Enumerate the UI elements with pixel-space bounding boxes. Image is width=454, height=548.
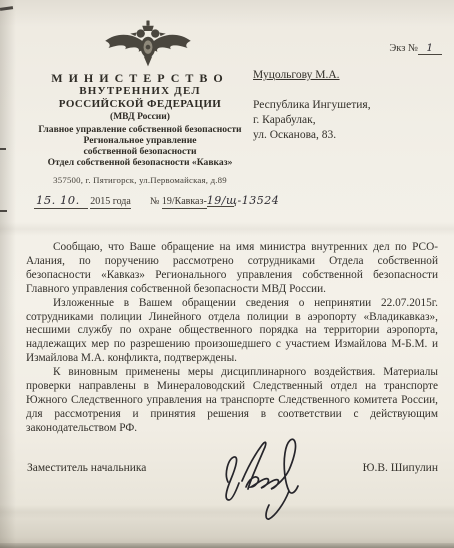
body-paragraph: Сообщаю, что Ваше обращение на имя минис… bbox=[26, 241, 438, 297]
ministry-line: ВНУТРЕННИХ ДЕЛ bbox=[18, 85, 262, 98]
copy-number-blank: 1 bbox=[418, 42, 442, 55]
signer-position: Заместитель начальника bbox=[27, 462, 146, 474]
signature-scrawl-icon bbox=[212, 428, 328, 526]
body-paragraph: К виновным применены меры дисциплинарног… bbox=[26, 366, 438, 436]
scan-artifact-mark bbox=[0, 148, 6, 150]
paper-crease bbox=[0, 222, 454, 236]
letterhead: МИНИСТЕРСТВО ВНУТРЕННИХ ДЕЛ РОССИЙСКОЙ Ф… bbox=[18, 72, 262, 185]
number-typed: 19/Кавказ- bbox=[162, 196, 207, 209]
department-line: Отдел собственной безопасности «Кавказ» bbox=[18, 157, 262, 168]
department-line: собственной безопасности bbox=[18, 146, 262, 157]
ministry-line: МИНИСТЕРСТВО bbox=[18, 72, 262, 85]
scan-shadow-top bbox=[0, 0, 454, 26]
department-line: Главное управление собственной безопасно… bbox=[18, 124, 262, 135]
date-handwritten: 15. 10. bbox=[34, 193, 88, 209]
scan-artifact-mark bbox=[0, 210, 7, 212]
letterhead-address: 357500, г. Пятигорск, ул.Первомайская, д… bbox=[18, 175, 262, 185]
recipient-address-line: Республика Ингушетия, bbox=[253, 98, 371, 113]
number-label: № bbox=[150, 196, 160, 207]
scan-shadow-bottom bbox=[0, 543, 454, 548]
scanned-letter: Экз №1 МИНИСТЕРСТВО ВНУТРЕННИХ ДЕЛ РОССИ… bbox=[0, 0, 454, 548]
ministry-line: (МВД России) bbox=[18, 111, 262, 124]
copy-number-field: Экз №1 bbox=[389, 42, 442, 55]
copy-number-label: Экз № bbox=[389, 43, 418, 54]
scan-artifact-mark bbox=[0, 6, 13, 11]
reference-line: 15. 10. 2015 года № 19/Кавказ-19/щ-13524 bbox=[34, 193, 279, 207]
body-paragraph: Изложенные в Вашем обращении сведения о … bbox=[26, 297, 438, 367]
mvd-eagle-emblem-icon bbox=[104, 20, 192, 68]
recipient-address-line: г. Карабулак, bbox=[253, 113, 371, 128]
ministry-line: РОССИЙСКОЙ ФЕДЕРАЦИИ bbox=[18, 98, 262, 111]
number-handwritten: 19/щ-13524 bbox=[207, 194, 279, 208]
signer-name: Ю.В. Шипулин bbox=[363, 462, 438, 474]
recipient-address-line: ул. Осканова, 83. bbox=[253, 128, 371, 143]
date-typed: 2015 года bbox=[90, 196, 131, 209]
signature-row: Заместитель начальника Ю.В. Шипулин bbox=[27, 462, 438, 474]
department-line: Региональное управление bbox=[18, 135, 262, 146]
recipient-block: Муцольгову М.А. Республика Ингушетия, г.… bbox=[253, 69, 371, 143]
scan-shadow-left bbox=[0, 0, 16, 548]
copy-number-value: 1 bbox=[426, 42, 433, 54]
letter-body: Сообщаю, что Ваше обращение на имя минис… bbox=[26, 241, 438, 436]
recipient-name: Муцольгову М.А. bbox=[253, 69, 371, 81]
